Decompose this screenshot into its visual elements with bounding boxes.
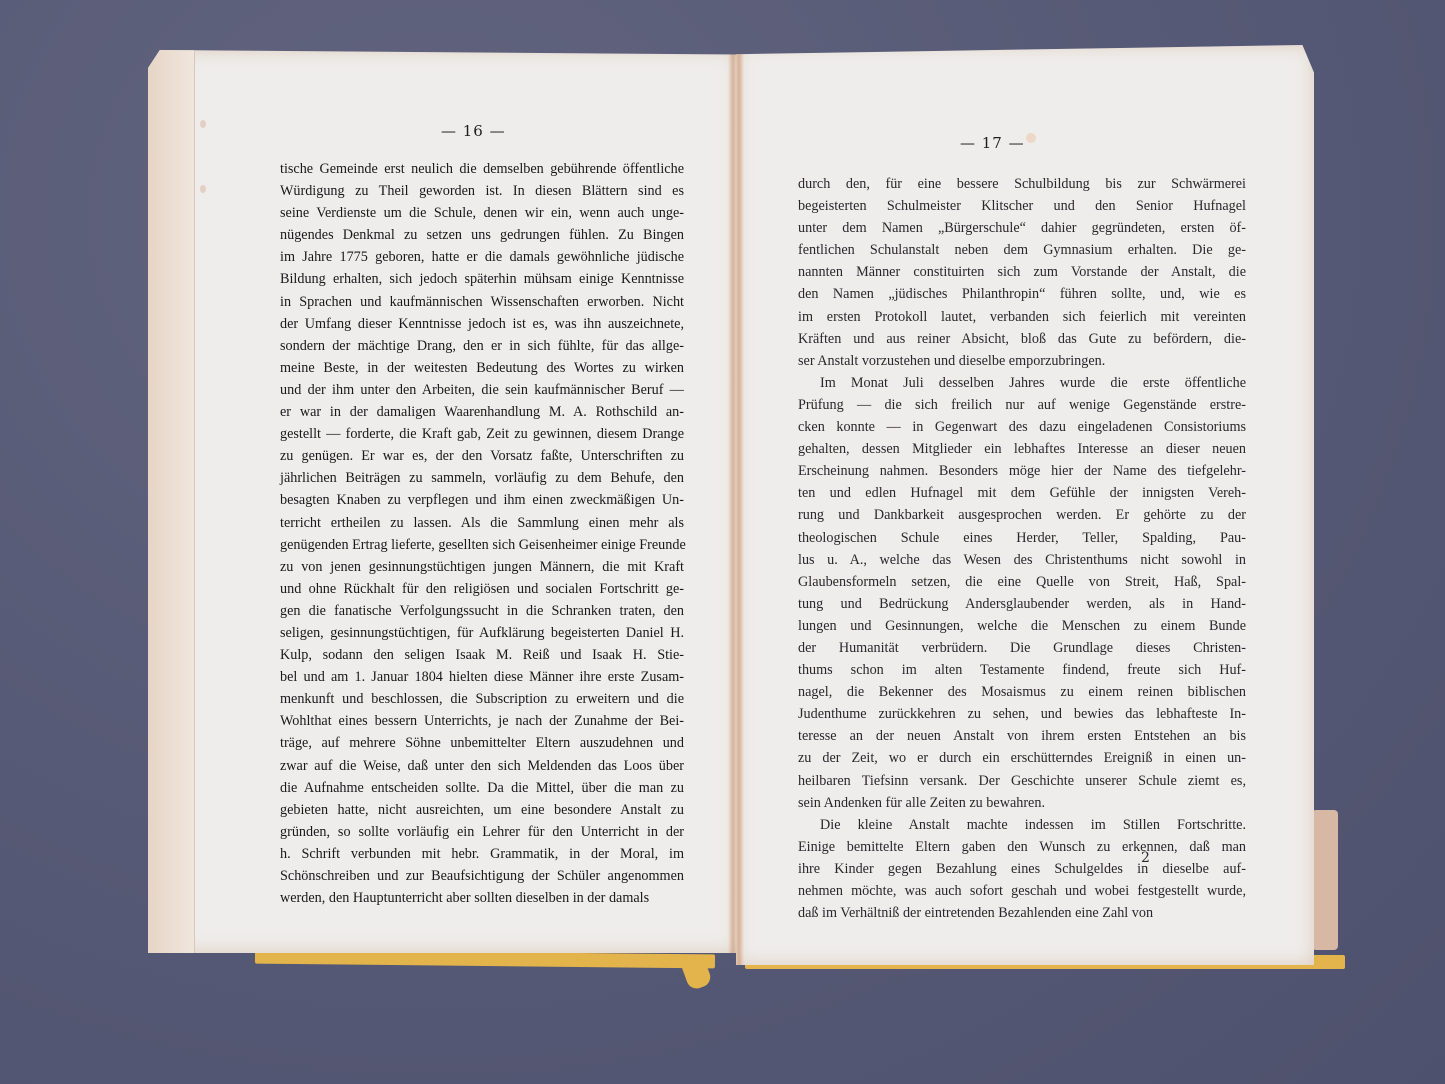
text-line: im Jahre 1775 geboren, hatte er die dama… [280, 246, 684, 268]
text-line: Erscheinung nahmen. Besonders möge hier … [798, 460, 1246, 482]
text-line: teresse an der neuen Anstalt von ihrem e… [798, 725, 1246, 747]
text-line: träge, auf mehrere Söhne unbemittelter E… [280, 732, 684, 754]
text-line: heilbaren Tiefsinn versank. Der Geschich… [798, 770, 1246, 792]
text-line: im ersten Protokoll lautet, verbanden si… [798, 306, 1246, 328]
text-line: nannten Männer constituirten sich zum Vo… [798, 261, 1246, 283]
right-page-body-text: durch den, für eine bessere Schulbildung… [798, 173, 1246, 924]
paper-stain [200, 185, 206, 193]
text-line: nügendes Denkmal zu setzen uns gedrungen… [280, 224, 684, 246]
text-line: meine Beste, in der weitesten Bedeutung … [280, 357, 684, 379]
text-line: theologischen Schule eines Herder, Telle… [798, 527, 1246, 549]
text-line: gen die fanatische Verfolgungssucht in d… [280, 600, 684, 622]
paper-stain [200, 120, 206, 128]
paper-stain [1026, 133, 1036, 143]
text-line: seine Verdienste um die Schule, denen wi… [280, 202, 684, 224]
text-line: unter dem Namen „Bürgerschule“ dahier ge… [798, 217, 1246, 239]
text-line: Judenthume zurückkehren zu sehen, und be… [798, 703, 1246, 725]
text-line: gehalten, dessen Mitglieder ein lebhafte… [798, 438, 1246, 460]
text-line: die Aufnahme entscheiden sollte. Da die … [280, 777, 684, 799]
text-line: durch den, für eine bessere Schulbildung… [798, 173, 1246, 195]
text-line: Prüfung — die sich freilich nur auf weni… [798, 394, 1246, 416]
text-line: nehmen möchte, was auch sofort geschah u… [798, 880, 1246, 902]
text-line: nagel, die Bekenner des Mosaismus zu ein… [798, 681, 1246, 703]
text-line: der Umfang dieser Kenntnisse jedoch ist … [280, 313, 684, 335]
page-number: — 17 — [960, 134, 1025, 152]
text-line: ten und edlen Hufnagel mit dem Gefühle d… [798, 482, 1246, 504]
text-line: in Sprachen und kaufmännischen Wissensch… [280, 291, 684, 313]
text-line: terricht ertheilen zu lassen. Als die Sa… [280, 512, 684, 534]
text-line: zu genügen. Er war es, der den Vorsatz f… [280, 445, 684, 467]
text-line: zu der Zeit, wo er durch ein erschüttern… [798, 747, 1246, 769]
text-line: gründen, so sollte vorläufig ein Lehrer … [280, 821, 684, 843]
sheet-signature: 2 [1141, 850, 1150, 866]
text-line: rung und Dankbarkeit ausgesprochen werde… [798, 504, 1246, 526]
text-line: cken konnte — in Gegenwart des dazu eing… [798, 416, 1246, 438]
text-line: sein Andenken für alle Zeiten zu bewahre… [798, 792, 1246, 814]
text-line: tung und Bedrückung Andersglaubender wer… [798, 593, 1246, 615]
text-line: Im Monat Juli desselben Jahres wurde die… [798, 372, 1246, 394]
text-line: ser Anstalt vorzustehen und dieselbe emp… [798, 350, 1246, 372]
right-page-gutter-shadow [736, 45, 744, 965]
text-line: begeisterten Schulmeister Klitscher und … [798, 195, 1246, 217]
text-line: tische Gemeinde erst neulich die demselb… [280, 158, 684, 180]
text-line: gestellt — forderte, die Kraft gab, Zeit… [280, 423, 684, 445]
text-line: Kräften und aus reiner Absicht, bloß das… [798, 328, 1246, 350]
text-line: daß im Verhältniß der eintretenden Bezah… [798, 902, 1246, 924]
text-line: gebieten hatte, nicht ausreichten, um ei… [280, 799, 684, 821]
page-number: — 16 — [441, 122, 506, 140]
text-line: Die kleine Anstalt machte indessen im St… [798, 814, 1246, 836]
book-spread: — 16 — tische Gemeinde erst neulich die … [0, 0, 1445, 1084]
text-line: jährlichen Beiträgen zu sammeln, vorläuf… [280, 467, 684, 489]
left-page-body-text: tische Gemeinde erst neulich die demselb… [280, 158, 684, 909]
text-line: Einige bemittelte Eltern gaben den Wunsc… [798, 836, 1246, 858]
text-line: er war in der damaligen Waarenhandlung M… [280, 401, 684, 423]
text-line: fentlichen Schulanstalt neben dem Gymnas… [798, 239, 1246, 261]
text-line: Glaubensformeln setzen, die eine Quelle … [798, 571, 1246, 593]
text-line: h. Schrift verbunden mit hebr. Grammatik… [280, 843, 684, 865]
right-page: — 17 — durch den, für eine bessere Schul… [736, 45, 1314, 965]
text-line: zwar auf die Weise, daß unter den sich M… [280, 755, 684, 777]
left-page: — 16 — tische Gemeinde erst neulich die … [148, 50, 738, 953]
text-line: und der ihm unter den Arbeiten, die sein… [280, 379, 684, 401]
left-page-margin-strip [148, 50, 195, 953]
text-line: den Namen „jüdisches Philanthropin“ führ… [798, 283, 1246, 305]
right-page-outer-edge [1312, 810, 1338, 950]
text-line: seligen, gesinnungstüchtigen, für Aufklä… [280, 622, 684, 644]
text-line: lus u. A., welche das Wesen des Christen… [798, 549, 1246, 571]
text-line: lungen und Gesinnungen, welche die Mensc… [798, 615, 1246, 637]
text-line: zu von jenen gesinnungstüchtigen jungen … [280, 556, 684, 578]
text-line: genügenden Ertrag lieferte, gesellten si… [280, 534, 684, 556]
text-line: werden, den Hauptunterricht aber sollten… [280, 887, 684, 909]
text-line: Schönschreiben und zur Beaufsichtigung d… [280, 865, 684, 887]
text-line: ihre Kinder gegen Bezahlung eines Schulg… [798, 858, 1246, 880]
text-line: bel und am 1. Januar 1804 hielten diese … [280, 666, 684, 688]
text-line: Kulp, sodann den seligen Isaak M. Reiß u… [280, 644, 684, 666]
text-line: thums schon im alten Testamente findend,… [798, 659, 1246, 681]
text-line: Wohlthat eines bessern Unterrichts, je n… [280, 710, 684, 732]
text-line: und ohne Rückhalt für den religiösen und… [280, 578, 684, 600]
text-line: Bildung erhalten, sich jedoch späterhin … [280, 268, 684, 290]
text-line: Würdigung zu Theil geworden ist. In dies… [280, 180, 684, 202]
text-line: menkunft und beschlossen, die Subscripti… [280, 688, 684, 710]
text-line: sondern der mächtige Drang, den er in si… [280, 335, 684, 357]
text-line: der Humanität verbrüdern. Die Grundlage … [798, 637, 1246, 659]
text-line: besagten Knaben zu verpflegen und ihm ei… [280, 489, 684, 511]
